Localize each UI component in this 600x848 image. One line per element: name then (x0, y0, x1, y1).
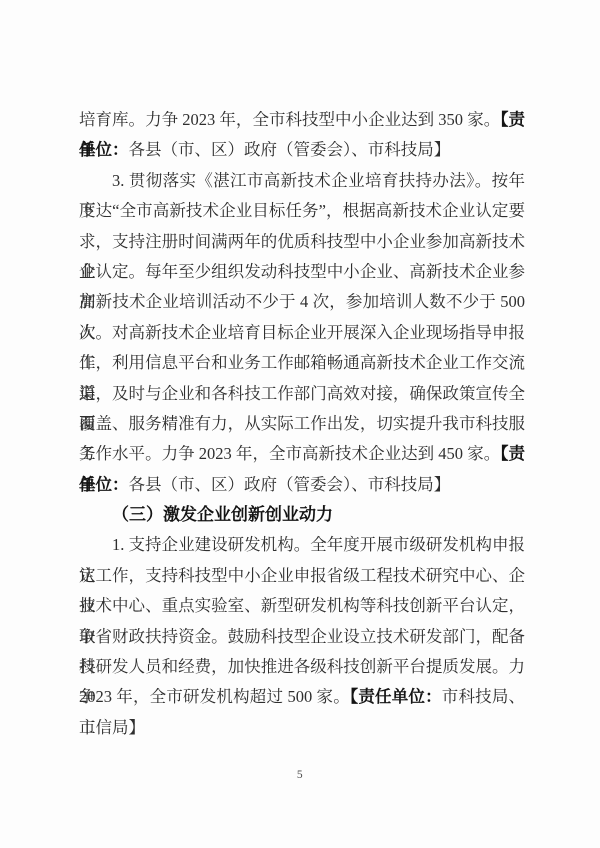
text-line: 培育库。力争 2023 年，全市科技型中小企业达到 350 家。【责任 (79, 105, 525, 135)
text-line: 道，及时与企业和各科技工作部门高效对接，确保政策宣传全面 (79, 379, 525, 409)
text-segment: 下达“全市高新技术企业目标任务”，根据高新技术企业认定要 (79, 201, 525, 220)
text-segment: 2023 年，全市研发机构超过 500 家。 (79, 687, 350, 706)
document-body: 培育库。力争 2023 年，全市科技型中小企业达到 350 家。【责任单位：各县… (79, 105, 525, 743)
bold-text-segment: （三）激发企业创新创业动力 (112, 505, 333, 524)
bold-text-segment: 【责任单位： (350, 687, 442, 706)
bold-text-segment: 单位： (79, 475, 129, 494)
text-line: 2023 年，全市研发机构超过 500 家。【责任单位：市科技局、市 (79, 682, 525, 712)
text-line: 技术中心、重点实验室、新型研发机构等科技创新平台认定，争 (79, 591, 525, 621)
text-line: 次。对高新技术企业培育目标企业开展深入企业现场指导申报工 (79, 318, 525, 348)
text-segment: 培育库。力争 2023 年，全市科技型中小企业达到 350 家。 (79, 110, 500, 129)
text-segment: 工信局】 (79, 718, 145, 737)
bold-text-segment: 单位： (79, 140, 129, 159)
text-line: 技研发人员和经费，加快推进各级科技创新平台提质发展。力争 (79, 652, 525, 682)
document-page: 培育库。力争 2023 年，全市科技型中小企业达到 350 家。【责任单位：各县… (0, 0, 600, 848)
text-segment: 各县（市、区）政府（管委会）、市科技局】 (129, 140, 451, 159)
text-line: 定工作，支持科技型中小企业申报省级工程技术研究中心、企业 (79, 561, 525, 591)
text-line: 高新技术企业培训活动不少于 4 次，参加培训人数不少于 500 人 (79, 287, 525, 317)
page-number: 5 (0, 769, 600, 781)
text-line: 3. 贯彻落实《湛江市高新技术企业培育扶持办法》。按年度 (79, 166, 525, 196)
text-segment: 各县（市、区）政府（管委会）、市科技局】 (129, 475, 451, 494)
text-line: 作，利用信息平台和业务工作邮箱畅通高新技术企业工作交流渠 (79, 348, 525, 378)
section-heading: （三）激发企业创新创业动力 (79, 500, 525, 530)
text-line: 工信局】 (79, 713, 525, 743)
text-line: 下达“全市高新技术企业目标任务”，根据高新技术企业认定要 (79, 196, 525, 226)
text-line: 求，支持注册时间满两年的优质科技型中小企业参加高新技术企 (79, 227, 525, 257)
text-line: 业认定。每年至少组织发动科技型中小企业、高新技术企业参加 (79, 257, 525, 287)
text-line: 1. 支持企业建设研发机构。全年度开展市级研发机构申报认 (79, 530, 525, 560)
text-segment: 工作水平。力争 2023 年，全市高新技术企业达到 450 家。 (79, 444, 500, 463)
text-line: 覆盖、服务精准有力，从实际工作出发，切实提升我市科技服务 (79, 409, 525, 439)
text-line: 单位：各县（市、区）政府（管委会）、市科技局】 (79, 470, 525, 500)
text-line: 单位：各县（市、区）政府（管委会）、市科技局】 (79, 135, 525, 165)
text-line: 工作水平。力争 2023 年，全市高新技术企业达到 450 家。【责任 (79, 439, 525, 469)
text-line: 取省财政扶持资金。鼓励科技型企业设立技术研发部门，配备科 (79, 622, 525, 652)
